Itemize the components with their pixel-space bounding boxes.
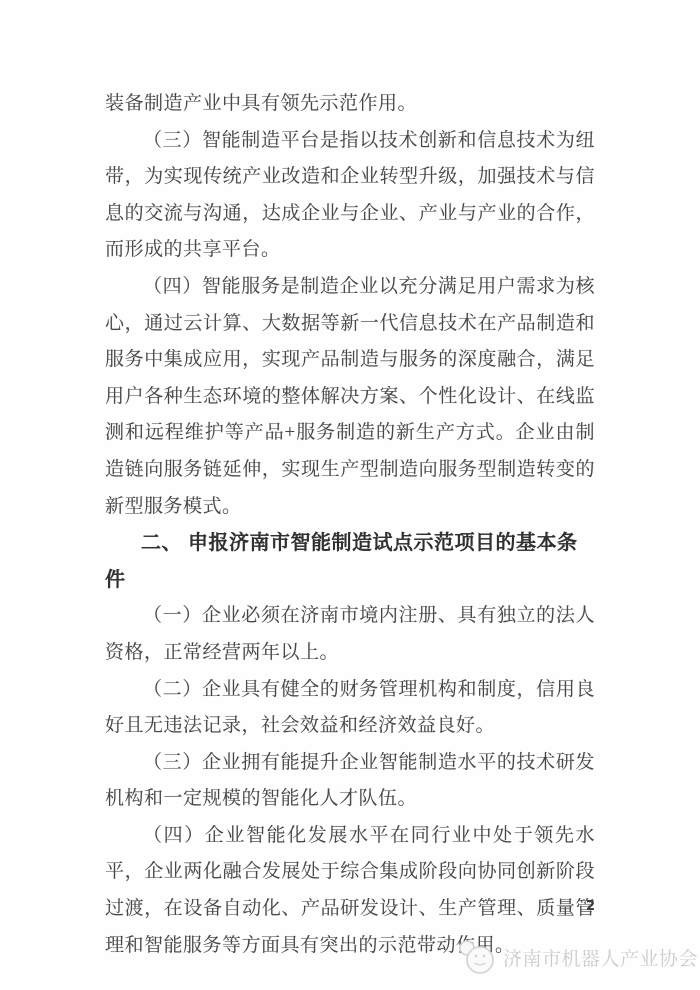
section-heading-basic-conditions: 二、 申报济南市智能制造试点示范项目的基本条件 xyxy=(105,525,595,598)
paragraph-condition-3: （三）企业拥有能提升企业智能制造水平的技术研发机构和一定规模的智能化人才队伍。 xyxy=(105,745,595,818)
page-number: 2 xyxy=(586,899,606,914)
paragraph-condition-1: （一）企业必须在济南市境内注册、具有独立的法人资格，正常经营两年以上。 xyxy=(105,598,595,671)
paragraph-condition-2: （二）企业具有健全的财务管理机构和制度，信用良好且无违法记录，社会效益和经济效益… xyxy=(105,672,595,745)
watermark-text: 济南市机器人产业协会 xyxy=(503,944,698,971)
association-watermark: 济南市机器人产业协会 xyxy=(456,936,698,978)
paragraph-item-4-service: （四）智能服务是制造企业以充分满足用户需求为核心，通过云计算、大数据等新一代信息… xyxy=(105,269,595,525)
document-page: 装备制造产业中具有领先示范作用。 （三）智能制造平台是指以技术创新和信息技术为纽… xyxy=(0,0,700,990)
paragraph-continuation: 装备制造产业中具有领先示范作用。 xyxy=(105,86,595,123)
document-body: 装备制造产业中具有领先示范作用。 （三）智能制造平台是指以技术创新和信息技术为纽… xyxy=(105,86,595,964)
robot-head-icon xyxy=(456,936,498,978)
paragraph-item-3-platform: （三）智能制造平台是指以技术创新和信息技术为纽带，为实现传统产业改造和企业转型升… xyxy=(105,123,595,269)
